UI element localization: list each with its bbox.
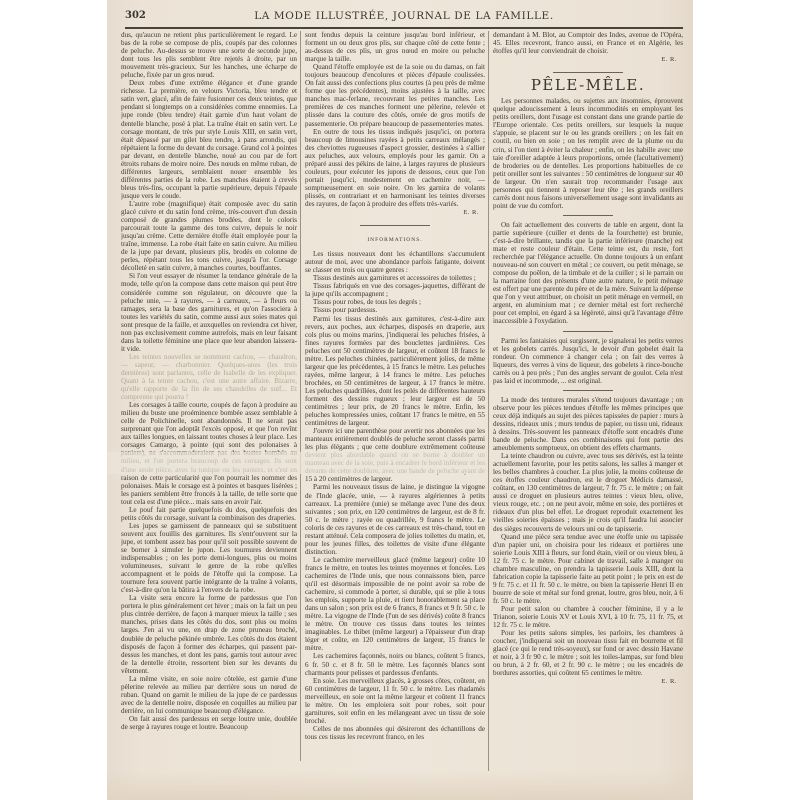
section-separator (360, 225, 430, 226)
paragraph: L'autre robe (magnifique) était composée… (121, 200, 297, 272)
paragraph: sont fendus depuis la ceinture jusqu'au … (305, 31, 485, 63)
signature: E. R. (305, 209, 479, 217)
paragraph: Le pouf fait partie quelquefois du dos, … (121, 506, 297, 522)
paragraph: Quand une pièce sera tendue avec une éto… (493, 533, 683, 605)
paragraph-faded: Les teintes nouvelles se nomment cachou,… (121, 353, 297, 401)
list-item: Tissus fabriqués en vue des corsages-jaq… (305, 282, 485, 298)
paragraph: Parmi les nouveaux tissus de laine, je d… (305, 483, 485, 555)
column-3: demandant à M. Blot, au Comptoir des Ind… (493, 31, 683, 791)
paragraph: La teinte chaudron ou cuivre, avec tous … (493, 452, 683, 532)
paragraph: Quand l'étoffe employée est de la soie o… (305, 63, 485, 127)
header-rule (125, 27, 683, 29)
paragraph: En soie. Les merveilleux glacés, à gross… (305, 677, 485, 725)
paragraph: La visite sera encore la forme de pardes… (121, 594, 297, 674)
column-1: dus, qu'aucun ne retient plus particuliè… (121, 31, 297, 791)
paragraph: Les jupes se garnissent de panneaux qui … (121, 522, 297, 594)
paragraph: Parmi les tissus destinés aux garnitures… (305, 315, 485, 428)
paragraph: Les personnes malades, ou sujettes aux i… (493, 97, 683, 210)
paragraph: Les cachemires façonnés, noirs ou blancs… (305, 652, 485, 676)
paragraph: Le cachemire merveilleux glacé (même lar… (305, 556, 485, 653)
paragraph: Pour petit salon ou chambre à coucher fé… (493, 605, 683, 629)
list-item: Tissus destinés aux garnitures et access… (305, 274, 485, 282)
section-title-informations: INFORMATIONS. (305, 236, 485, 244)
item-separator (563, 390, 613, 391)
column-2: sont fendus depuis la ceinture jusqu'au … (305, 31, 485, 791)
paragraph: Deux robes d'une extrême élégance et d'u… (121, 79, 297, 200)
paragraph: On fait aussi des pardessus en serge lou… (121, 715, 297, 731)
column-divider (300, 31, 301, 761)
list-item: Tissus pour pardessus. (305, 306, 485, 314)
section-separator (553, 72, 623, 73)
paragraph: La mode des tentures murales s'étend tou… (493, 396, 683, 452)
paragraph: Les tissus nouveaux dont les échantillon… (305, 250, 485, 274)
list-item: Tissus pour robes, de tous les degrés ; (305, 298, 485, 306)
signature: E. R. (493, 56, 677, 64)
page-header: 302 LA MODE ILLUSTRÉE, JOURNAL DE LA FAM… (125, 8, 683, 24)
paragraph: Celles de nos abonnées qui désireront de… (305, 725, 485, 741)
magazine-page: 302 LA MODE ILLUSTRÉE, JOURNAL DE LA FAM… (107, 0, 693, 800)
item-separator (563, 215, 613, 216)
paragraph: demandant à M. Blot, au Comptoir des Ind… (493, 31, 683, 55)
column-divider (488, 31, 489, 771)
paper-fade-band (107, 452, 487, 474)
paragraph: La même visite, en soie noire côtelée, e… (121, 675, 297, 715)
item-separator (563, 331, 613, 332)
paragraph: En outre de tous les tissus indiqués jus… (305, 128, 485, 208)
paragraph: On fait actuellement des couverts de tab… (493, 221, 683, 326)
paragraph: Pour les petits salons simples, les parl… (493, 629, 683, 677)
running-title: LA MODE ILLUSTRÉE, JOURNAL DE LA FAMILLE… (125, 10, 683, 22)
paragraph: Parmi les fantaisies qui surgissent, je … (493, 337, 683, 385)
signature: E. R. (493, 678, 677, 686)
paragraph: Si l'on veut essayer de résumer la tenda… (121, 272, 297, 352)
section-title-pele-mele: PÊLE-MÊLE. (493, 81, 683, 89)
paragraph: dus, qu'aucun ne retient plus particuliè… (121, 31, 297, 79)
